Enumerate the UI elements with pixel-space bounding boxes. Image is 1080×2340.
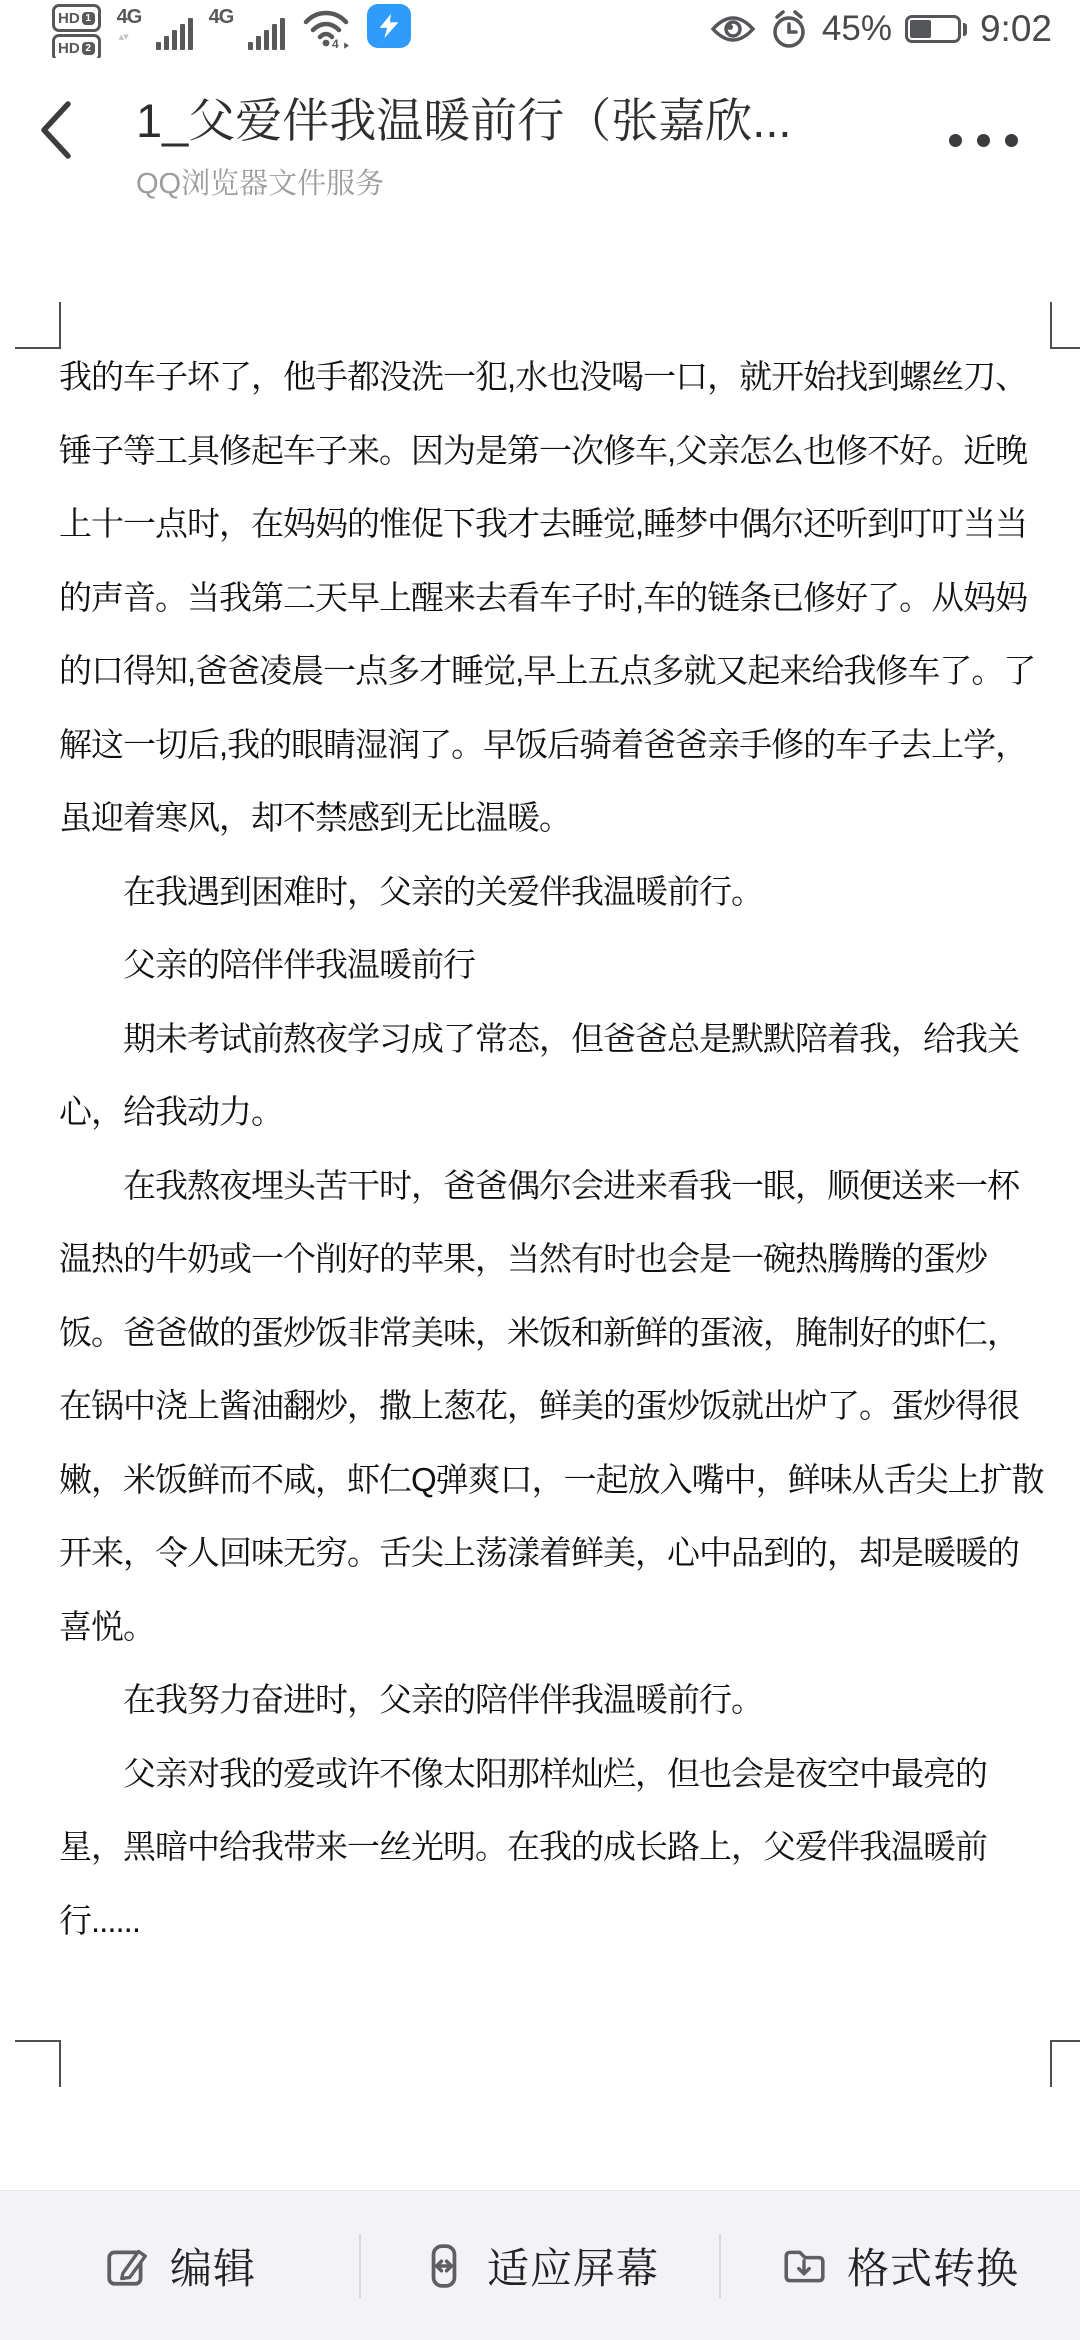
- document-line: 父亲对我的爱或许不像太阳那样灿烂，但也会是夜空中最亮的: [59, 1737, 1054, 1811]
- ellipsis-dot: [949, 134, 962, 147]
- document-lines: 我的车子坏了，他手都没洗一犯,水也没喝一口，就开始找到螺丝刀、锤子等工具修起车子…: [59, 340, 1054, 1957]
- battery-fill: [910, 20, 931, 38]
- svg-text:4: 4: [332, 37, 339, 50]
- bottom-toolbar: 编辑 适应屏幕 格式转换: [0, 2190, 1080, 2340]
- fit-screen-button[interactable]: 适应屏幕: [360, 2191, 720, 2340]
- document-line: 在我努力奋进时，父亲的陪伴伴我温暖前行。: [59, 1663, 1054, 1737]
- hd1-label: HD: [58, 10, 80, 27]
- data-activity-icon: ▴▾: [119, 30, 128, 43]
- fit-screen-icon: [421, 2243, 467, 2289]
- page-title: 1_父爱伴我温暖前行（张嘉欣...: [136, 84, 906, 151]
- page-corner-mark: [1050, 2040, 1080, 2087]
- alarm-clock-icon: [769, 9, 809, 49]
- format-convert-button[interactable]: 格式转换: [720, 2191, 1080, 2340]
- document-line: 解这一切后,我的眼睛湿润了。早饭后骑着爸爸亲手修的车子去上学，: [59, 708, 1054, 782]
- document-line: 嫩，米饭鲜而不咸，虾仁Q弹爽口，一起放入嘴中，鲜味从舌尖上扩散: [59, 1443, 1054, 1517]
- eye-comfort-icon: [710, 14, 756, 44]
- more-menu-button[interactable]: [949, 134, 1018, 147]
- document-line: 温热的牛奶或一个削好的苹果，当然有时也会是一碗热腾腾的蛋炒: [59, 1222, 1054, 1296]
- document-line: 在我熬夜埋头苦干时，爸爸偶尔会进来看我一眼，顺便送来一杯: [59, 1149, 1054, 1223]
- document-line: 开来，令人回味无穷。舌尖上荡漾着鲜美，心中品到的，却是暖暖的: [59, 1516, 1054, 1590]
- ellipsis-dot: [1005, 134, 1018, 147]
- page-corner-mark: [15, 2040, 61, 2087]
- edit-button-label: 编辑: [170, 2236, 256, 2296]
- messenger-app-icon: [367, 4, 411, 48]
- status-right-cluster: 45% 9:02: [710, 0, 1052, 58]
- header-titles: 1_父爱伴我温暖前行（张嘉欣... QQ浏览器文件服务: [136, 84, 906, 202]
- toolbar-divider: [359, 2234, 361, 2298]
- document-line: 父亲的陪伴伴我温暖前行: [59, 928, 1054, 1002]
- hd1-icon: HD 1: [52, 4, 101, 32]
- document-line: 期未考试前熬夜学习成了常态，但爸爸总是默默陪着我，给我关: [59, 1002, 1054, 1076]
- hd2-label: HD: [58, 40, 80, 57]
- document-line: 喜悦。: [59, 1590, 1054, 1664]
- folder-download-icon: [781, 2243, 827, 2289]
- document-line: 我的车子坏了，他手都没洗一犯,水也没喝一口，就开始找到螺丝刀、: [59, 340, 1054, 414]
- back-button[interactable]: [38, 92, 82, 168]
- ellipsis-dot: [977, 134, 990, 147]
- document-line: 饭。爸爸做的蛋炒饭非常美味，米饭和新鲜的蛋液，腌制好的虾仁，: [59, 1296, 1054, 1370]
- format-convert-button-label: 格式转换: [847, 2236, 1019, 2296]
- signal-sim1-icon: 4G ▴▾: [117, 4, 193, 54]
- signal-sim2-icon: 4G: [209, 4, 285, 54]
- document-line: 在我遇到困难时，父亲的关爱伴我温暖前行。: [59, 855, 1054, 929]
- document-line: 行......: [59, 1884, 1054, 1958]
- signal-bars-icon: [156, 18, 193, 50]
- page-corner-mark: [15, 302, 61, 349]
- document-line: 在锅中浇上酱油翻炒，撒上葱花，鲜美的蛋炒饭就出炉了。蛋炒得很: [59, 1369, 1054, 1443]
- chevron-left-icon: [38, 99, 74, 161]
- document-line: 锤子等工具修起车子来。因为是第一次修车,父亲怎么也修不好。近晚: [59, 414, 1054, 488]
- app-header: 1_父爱伴我温暖前行（张嘉欣... QQ浏览器文件服务: [0, 58, 1080, 224]
- document-line: 虽迎着寒风，却不禁感到无比温暖。: [59, 781, 1054, 855]
- toolbar-divider: [719, 2234, 721, 2298]
- signal-bars-icon: [248, 18, 285, 50]
- document-viewer[interactable]: 我的车子坏了，他手都没洗一犯,水也没喝一口，就开始找到螺丝刀、锤子等工具修起车子…: [0, 225, 1080, 2190]
- status-bar: HD 1 HD 2 4G ▴▾ 4G: [0, 0, 1080, 58]
- page-subtitle: QQ浏览器文件服务: [136, 161, 906, 202]
- document-line: 的声音。当我第二天早上醒来去看车子时,车的链条已修好了。从妈妈: [59, 561, 1054, 635]
- document-line: 的口得知,爸爸凌晨一点多才睡觉,早上五点多就又起来给我修车了。了: [59, 634, 1054, 708]
- document-line: 心，给我动力。: [59, 1075, 1054, 1149]
- edit-pencil-icon: [104, 2243, 150, 2289]
- hd2-sim-number: 2: [82, 42, 95, 55]
- battery-icon: [905, 15, 967, 43]
- hd-indicators: HD 1 HD 2: [52, 4, 101, 62]
- document-line: 星，黑暗中给我带来一丝光明。在我的成长路上，父爱伴我温暖前: [59, 1810, 1054, 1884]
- network2-type: 4G: [209, 6, 234, 29]
- hd1-sim-number: 1: [82, 12, 95, 25]
- clock-text: 9:02: [980, 8, 1052, 50]
- wifi-icon: 4: [301, 4, 351, 50]
- status-left-cluster: HD 1 HD 2 4G ▴▾ 4G: [52, 4, 411, 62]
- fit-screen-button-label: 适应屏幕: [487, 2236, 659, 2296]
- edit-button[interactable]: 编辑: [0, 2191, 360, 2340]
- network1-type: 4G: [117, 6, 142, 29]
- page-corner-mark: [1050, 302, 1080, 349]
- battery-percent-text: 45%: [822, 9, 892, 49]
- document-line: 上十一点时，在妈妈的惟促下我才去睡觉,睡梦中偶尔还听到叮叮当当: [59, 487, 1054, 561]
